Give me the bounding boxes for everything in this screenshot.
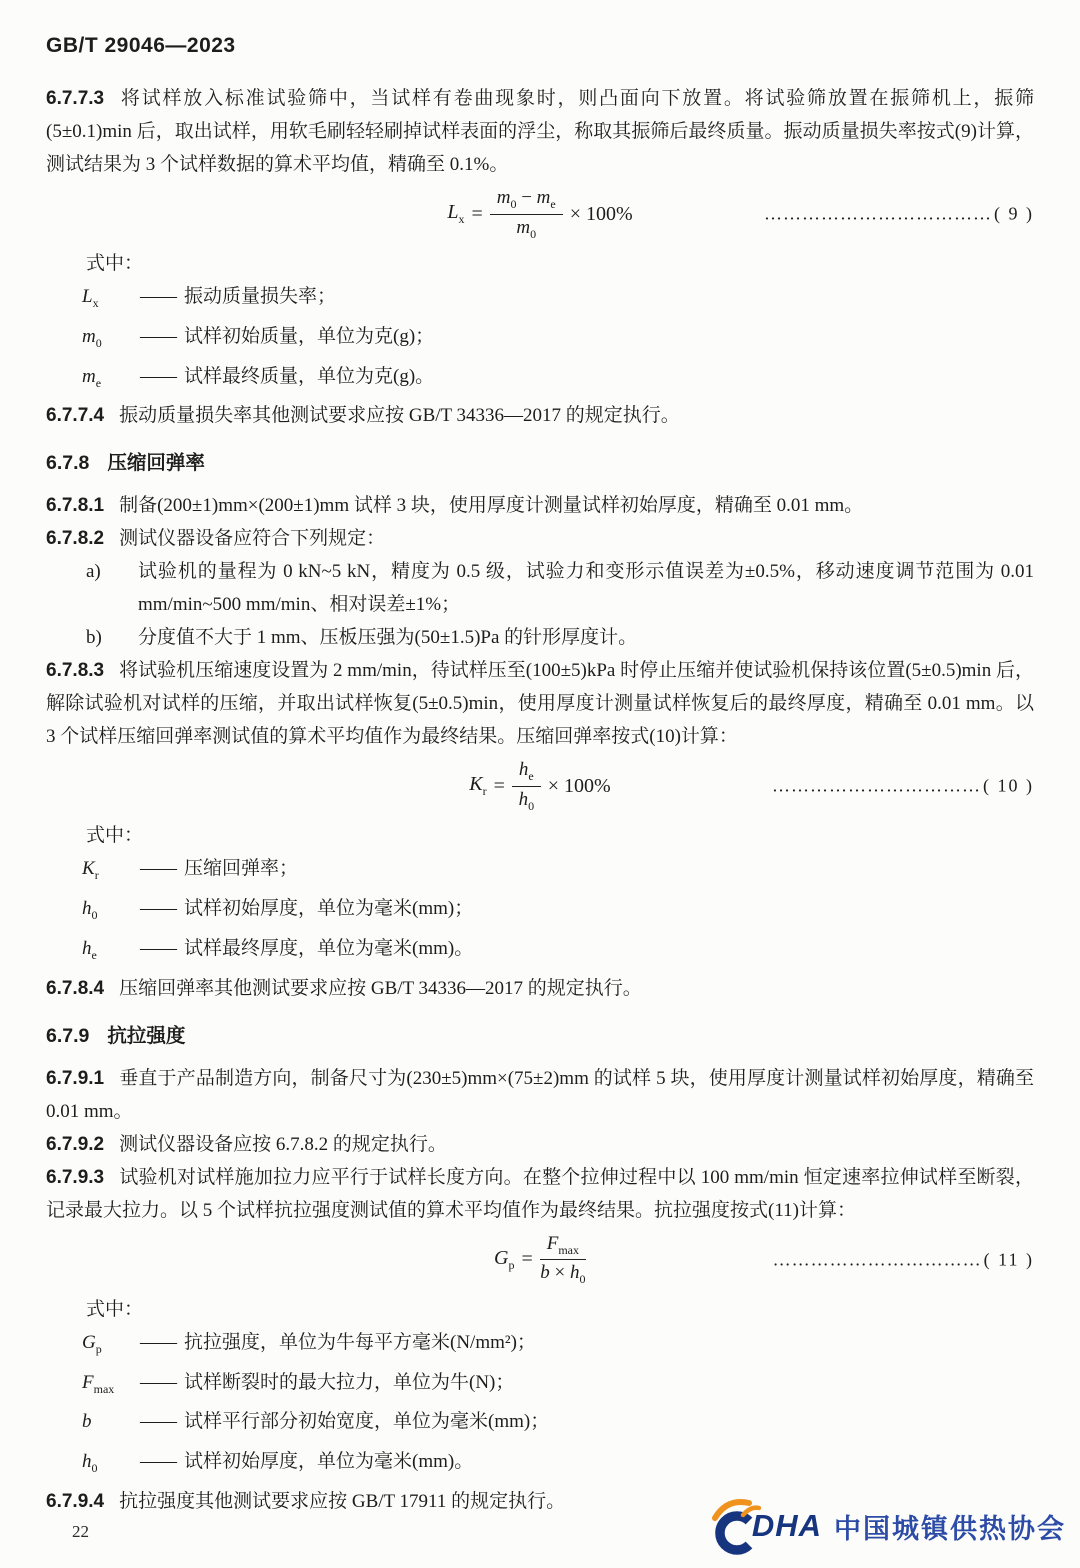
clause-number: 6.7.9.2: [46, 1134, 104, 1155]
symbol-definition: b —— 试样平行部分初始宽度，单位为毫米(mm)；: [82, 1405, 1034, 1445]
symbol: me: [82, 360, 140, 400]
page-number: 22: [72, 1522, 89, 1542]
clause-number: 6.7.8.4: [46, 978, 104, 999]
formula-10-number: ( 10 ): [983, 776, 1034, 796]
clause-number: 6.7.7.4: [46, 405, 104, 426]
definition-dash: ——: [140, 932, 176, 972]
symbol: m0: [82, 320, 140, 360]
equals-sign: =: [521, 1248, 532, 1271]
list-marker: b): [86, 621, 138, 654]
clause-number: 6.7.9.1: [46, 1068, 104, 1089]
fraction: he h0: [512, 759, 541, 813]
formula-11-number: ( 11 ): [984, 1249, 1034, 1269]
document-page: GB/T 29046—2023 6.7.7.3将试样放入标准试验筛中，当试样有卷…: [0, 0, 1080, 1518]
definition-dash: ——: [140, 280, 176, 320]
formula-10-leader: ……………………………( 10 ): [772, 776, 1034, 797]
fraction: m0 − me m0: [490, 187, 563, 241]
clause-6-7-8-2: 6.7.8.2测试仪器设备应符合下列规定：: [46, 522, 1034, 555]
definition-text: 试样初始质量，单位为克(g)；: [184, 320, 1034, 360]
formula-10: Kr = he h0 × 100% ……………………………( 10 ): [46, 757, 1034, 815]
symbol: Fmax: [82, 1366, 140, 1406]
clause-text: 压缩回弹率其他测试要求应按 GB/T 34336—2017 的规定执行。: [119, 978, 642, 999]
clause-text: 试验机对试样施加拉力应平行于试样长度方向。在整个拉伸过程中以 100 mm/mi…: [46, 1167, 1034, 1221]
symbol-definition: me —— 试样最终质量，单位为克(g)。: [82, 360, 1034, 400]
list-item-a: a) 试验机的量程为 0 kN~5 kN，精度为 0.5 级，试验力和变形示值误…: [86, 555, 1034, 621]
clause-6-7-8-3: 6.7.8.3将试验机压缩速度设置为 2 mm/min，待试样压至(100±5)…: [46, 654, 1034, 753]
definition-text: 抗拉强度，单位为牛每平方毫米(N/mm²)；: [184, 1326, 1034, 1366]
definition-text: 振动质量损失率；: [184, 280, 1034, 320]
formula-11-leader: ……………………………( 11 ): [773, 1249, 1034, 1270]
definition-dash: ——: [140, 360, 176, 400]
section-title: 抗拉强度: [107, 1025, 185, 1047]
symbol: h0: [82, 892, 140, 932]
fraction-numerator: Fmax: [540, 1233, 586, 1261]
where-label: 式中：: [86, 819, 1034, 852]
section-number: 6.7.9: [46, 1025, 89, 1047]
clause-6-7-7-4: 6.7.7.4振动质量损失率其他测试要求应按 GB/T 34336—2017 的…: [46, 399, 1034, 432]
fraction-denominator: m0: [490, 215, 563, 242]
clause-text: 将试样放入标准试验筛中，当试样有卷曲现象时，则凸面向下放置。将试验筛放置在振筛机…: [46, 88, 1034, 175]
cdha-logo: DHA 中国城镇供热协会: [705, 1496, 1066, 1556]
clause-number: 6.7.8.1: [46, 495, 104, 516]
multiplier: × 100%: [570, 203, 633, 226]
formula-11: Gp = Fmax b × h0 ……………………………( 11 ): [46, 1231, 1034, 1289]
clause-text: 制备(200±1)mm×(200±1)mm 试样 3 块，使用厚度计测量试样初始…: [119, 495, 863, 516]
symbol-definition: h0 —— 试样初始厚度，单位为毫米(mm)；: [82, 892, 1034, 932]
clause-6-7-8-1: 6.7.8.1制备(200±1)mm×(200±1)mm 试样 3 块，使用厚度…: [46, 489, 1034, 522]
definition-dash: ——: [140, 320, 176, 360]
symbol: Gp: [82, 1326, 140, 1366]
clause-text: 将试验机压缩速度设置为 2 mm/min，待试样压至(100±5)kPa 时停止…: [46, 660, 1034, 747]
symbol: he: [82, 932, 140, 972]
clause-6-7-9-2: 6.7.9.2测试仪器设备应按 6.7.8.2 的规定执行。: [46, 1128, 1034, 1161]
definition-dash: ——: [140, 1326, 176, 1366]
clause-text: 振动质量损失率其他测试要求应按 GB/T 34336—2017 的规定执行。: [119, 405, 680, 426]
symbol: Kr: [82, 852, 140, 892]
section-heading-6-7-8: 6.7.8压缩回弹率: [46, 450, 1034, 476]
fraction-numerator: m0 − me: [490, 187, 563, 215]
section-title: 压缩回弹率: [107, 452, 205, 474]
equals-sign: =: [494, 775, 505, 798]
clause-number: 6.7.9.4: [46, 1491, 104, 1512]
list-text: 分度值不大于 1 mm、压板压强为(50±1.5)Pa 的针形厚度计。: [138, 621, 1034, 654]
definition-dash: ——: [140, 1405, 176, 1445]
list-text: 试验机的量程为 0 kN~5 kN，精度为 0.5 级，试验力和变形示值误差为±…: [138, 555, 1034, 621]
formula-lhs: Lx: [447, 201, 464, 227]
clause-text: 测试仪器设备应按 6.7.8.2 的规定执行。: [119, 1134, 447, 1155]
definition-dash: ——: [140, 1445, 176, 1485]
formula-10-expression: Kr = he h0 × 100%: [469, 759, 610, 813]
clause-6-7-7-3: 6.7.7.3将试样放入标准试验筛中，当试样有卷曲现象时，则凸面向下放置。将试验…: [46, 82, 1034, 181]
definition-text: 压缩回弹率；: [184, 852, 1034, 892]
clause-text: 测试仪器设备应符合下列规定：: [119, 528, 385, 549]
logo-org-name: 中国城镇供热协会: [834, 1507, 1066, 1546]
symbol: Lx: [82, 280, 140, 320]
clause-text: 垂直于产品制造方向，制备尺寸为(230±5)mm×(75±2)mm 的试样 5 …: [46, 1068, 1034, 1122]
where-label: 式中：: [86, 247, 1034, 280]
section-number: 6.7.8: [46, 452, 89, 474]
definition-dash: ——: [140, 1366, 176, 1406]
list-item-b: b) 分度值不大于 1 mm、压板压强为(50±1.5)Pa 的针形厚度计。: [86, 621, 1034, 654]
formula-9-leader: ………………………………( 9 ): [764, 204, 1034, 225]
clause-number: 6.7.7.3: [46, 88, 104, 109]
symbol-definition: Lx —— 振动质量损失率；: [82, 280, 1034, 320]
definition-text: 试样最终厚度，单位为毫米(mm)。: [184, 932, 1034, 972]
where-label: 式中：: [86, 1293, 1034, 1326]
definition-text: 试样初始厚度，单位为毫米(mm)。: [184, 1445, 1034, 1485]
definition-dash: ——: [140, 892, 176, 932]
definition-text: 试样平行部分初始宽度，单位为毫米(mm)；: [184, 1405, 1034, 1445]
clause-6-7-9-3: 6.7.9.3试验机对试样施加拉力应平行于试样长度方向。在整个拉伸过程中以 10…: [46, 1161, 1034, 1227]
symbol-definition: Kr —— 压缩回弹率；: [82, 852, 1034, 892]
symbol-definition: h0 —— 试样初始厚度，单位为毫米(mm)。: [82, 1445, 1034, 1485]
formula-9: Lx = m0 − me m0 × 100% ………………………………( 9 ): [46, 185, 1034, 243]
fraction-numerator: he: [512, 759, 541, 787]
symbol-definition: Gp —— 抗拉强度，单位为牛每平方毫米(N/mm²)；: [82, 1326, 1034, 1366]
list-marker: a): [86, 555, 138, 621]
symbol-definition: Fmax —— 试样断裂时的最大拉力，单位为牛(N)；: [82, 1366, 1034, 1406]
multiplier: × 100%: [548, 775, 611, 798]
fraction-denominator: b × h0: [540, 1260, 586, 1287]
definition-text: 试样断裂时的最大拉力，单位为牛(N)；: [184, 1366, 1034, 1406]
formula-lhs: Kr: [469, 773, 486, 799]
definition-text: 试样最终质量，单位为克(g)。: [184, 360, 1034, 400]
formula-lhs: Gp: [494, 1247, 514, 1273]
logo-dha-text: DHA: [752, 1508, 822, 1544]
formula-11-expression: Gp = Fmax b × h0: [494, 1233, 586, 1287]
clause-number: 6.7.9.3: [46, 1167, 104, 1188]
definition-text: 试样初始厚度，单位为毫米(mm)；: [184, 892, 1034, 932]
formula-9-expression: Lx = m0 − me m0 × 100%: [447, 187, 632, 241]
fraction-denominator: h0: [512, 787, 541, 814]
symbol: h0: [82, 1445, 140, 1485]
section-heading-6-7-9: 6.7.9抗拉强度: [46, 1023, 1034, 1049]
formula-9-number: ( 9 ): [994, 204, 1034, 224]
symbol: b: [82, 1405, 140, 1445]
clause-6-7-9-1: 6.7.9.1垂直于产品制造方向，制备尺寸为(230±5)mm×(75±2)mm…: [46, 1062, 1034, 1128]
clause-6-7-8-4: 6.7.8.4压缩回弹率其他测试要求应按 GB/T 34336—2017 的规定…: [46, 972, 1034, 1005]
clause-text: 抗拉强度其他测试要求应按 GB/T 17911 的规定执行。: [119, 1491, 565, 1512]
definition-dash: ——: [140, 852, 176, 892]
standard-number: GB/T 29046—2023: [46, 34, 1034, 58]
logo-c-crescent: [720, 1516, 749, 1550]
symbol-definition: m0 —— 试样初始质量，单位为克(g)；: [82, 320, 1034, 360]
clause-number: 6.7.8.2: [46, 528, 104, 549]
fraction: Fmax b × h0: [540, 1233, 586, 1287]
equals-sign: =: [471, 203, 482, 226]
symbol-definition: he —— 试样最终厚度，单位为毫米(mm)。: [82, 932, 1034, 972]
clause-number: 6.7.8.3: [46, 660, 104, 681]
